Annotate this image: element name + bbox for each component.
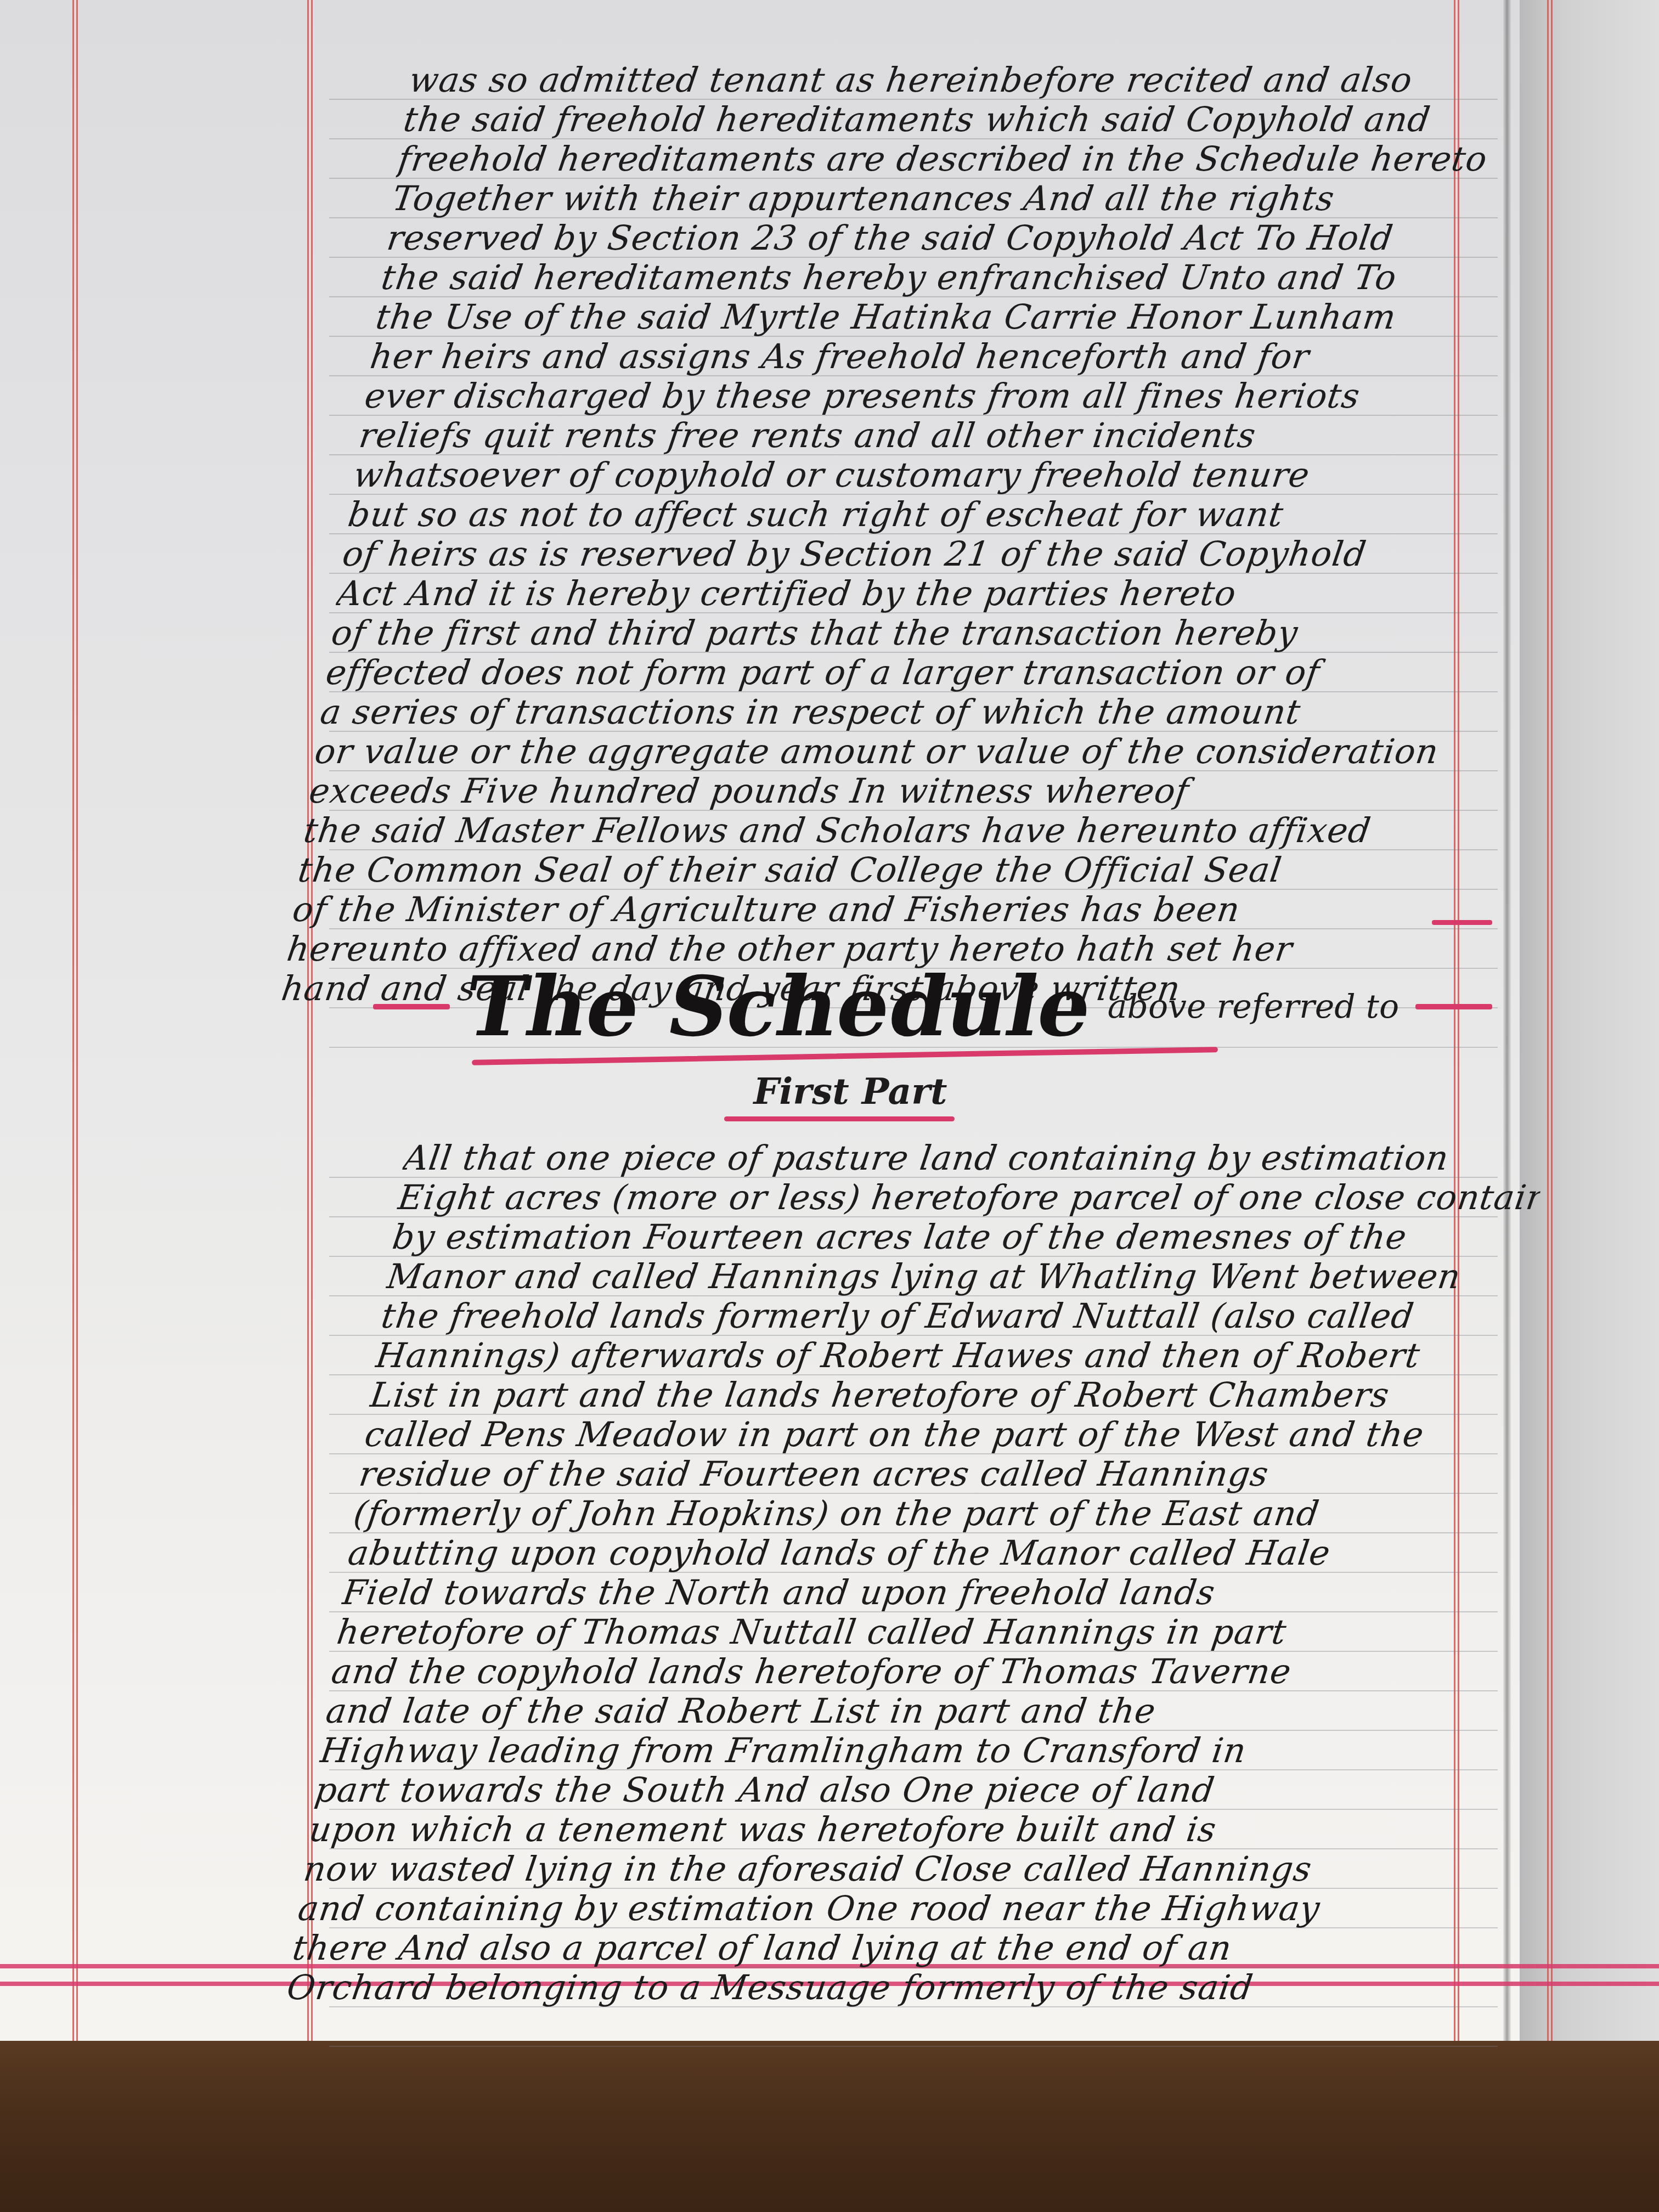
adjacent-folded-sheet: [1520, 0, 1659, 2041]
part-heading: First Part: [713, 1070, 988, 1113]
schedule-body-text: All that one piece of pasture land conta…: [285, 1138, 1548, 2007]
text-line: the Common Seal of their said College th…: [296, 850, 1442, 890]
text-line: called Pens Meadow in part on the part o…: [362, 1415, 1509, 1454]
text-line: List in part and the lands heretofore of…: [368, 1375, 1514, 1415]
text-line: All that one piece of pasture land conta…: [401, 1138, 1548, 1178]
text-line: there And also a parcel of land lying at…: [290, 1928, 1437, 1968]
text-line: her heirs and assigns As freehold hencef…: [368, 337, 1514, 376]
text-line: the freehold lands formerly of Edward Nu…: [379, 1296, 1526, 1336]
text-line: Manor and called Hannings lying at Whatl…: [385, 1257, 1531, 1296]
text-line: freehold hereditaments are described in …: [396, 139, 1542, 179]
text-line: residue of the said Fourteen acres calle…: [357, 1454, 1503, 1494]
text-line: part towards the South And also One piec…: [312, 1770, 1459, 1810]
text-line: of the Minister of Agriculture and Fishe…: [290, 890, 1437, 929]
text-line: and the copyhold lands heretofore of Tho…: [329, 1652, 1476, 1691]
text-line: exceeds Five hundred pounds In witness w…: [307, 771, 1453, 811]
text-line: the said Master Fellows and Scholars hav…: [301, 811, 1448, 850]
text-line: heretofore of Thomas Nuttall called Hann…: [335, 1612, 1481, 1652]
text-line: but so as not to affect such right of es…: [346, 495, 1492, 534]
left-outer-margin-rule: [72, 0, 78, 2041]
red-dash-right: [1415, 1004, 1492, 1009]
line-end-red-dash: [1432, 920, 1492, 925]
schedule-heading: The Schedule above referred to: [362, 955, 1503, 1059]
text-line: the Use of the said Myrtle Hatinka Carri…: [374, 297, 1520, 337]
red-dash-left: [373, 1004, 450, 1009]
text-line: now wasted lying in the aforesaid Close …: [301, 1849, 1448, 1889]
text-line: abutting upon copyhold lands of the Mano…: [346, 1533, 1492, 1573]
text-line: Orchard belonging to a Messuage formerly…: [285, 1968, 1431, 2007]
text-line: by estimation Fourteen acres late of the…: [390, 1217, 1537, 1257]
text-line: the said freehold hereditaments which sa…: [401, 100, 1548, 139]
text-line: the said hereditaments hereby enfranchis…: [379, 258, 1526, 297]
text-line: reserved by Section 23 of the said Copyh…: [385, 218, 1531, 258]
text-line: of the first and third parts that the tr…: [329, 613, 1476, 653]
ruled-line: [329, 2046, 1498, 2047]
text-line: and containing by estimation One rood ne…: [296, 1889, 1442, 1928]
text-line: Together with their appurtenances And al…: [390, 179, 1537, 218]
text-line: whatsoever of copyhold or customary free…: [351, 455, 1498, 495]
text-line: Field towards the North and upon freehol…: [340, 1573, 1487, 1612]
text-line: (formerly of John Hopkins) on the part o…: [351, 1494, 1498, 1533]
text-line: Act And it is hereby certified by the pa…: [335, 574, 1481, 613]
text-line: Hannings) afterwards of Robert Hawes and…: [374, 1336, 1520, 1375]
text-line: Highway leading from Framlingham to Cran…: [318, 1731, 1464, 1770]
text-line: of heirs as is reserved by Section 21 of…: [340, 534, 1487, 574]
text-line: upon which a tenement was heretofore bui…: [307, 1810, 1453, 1849]
deed-body-text: was so admitted tenant as hereinbefore r…: [279, 60, 1554, 1008]
text-line: and late of the said Robert List in part…: [324, 1691, 1470, 1731]
right-outer-margin-rule: [1547, 0, 1553, 2041]
schedule-title: The Schedule: [458, 958, 1099, 1055]
wooden-table-surface: [0, 2041, 1659, 2212]
schedule-subtitle: above referred to: [1108, 988, 1399, 1026]
text-line: was so admitted tenant as hereinbefore r…: [407, 60, 1553, 100]
left-inner-margin-rule: [307, 0, 313, 2041]
part-heading-underline: [724, 1116, 955, 1121]
text-line: effected does not form part of a larger …: [324, 653, 1470, 692]
text-line: reliefs quit rents free rents and all ot…: [357, 416, 1503, 455]
text-line: ever discharged by these presents from a…: [362, 376, 1509, 416]
text-line: a series of transactions in respect of w…: [318, 692, 1464, 732]
text-line: or value or the aggregate amount or valu…: [312, 732, 1459, 771]
text-line: Eight acres (more or less) heretofore pa…: [396, 1178, 1542, 1217]
